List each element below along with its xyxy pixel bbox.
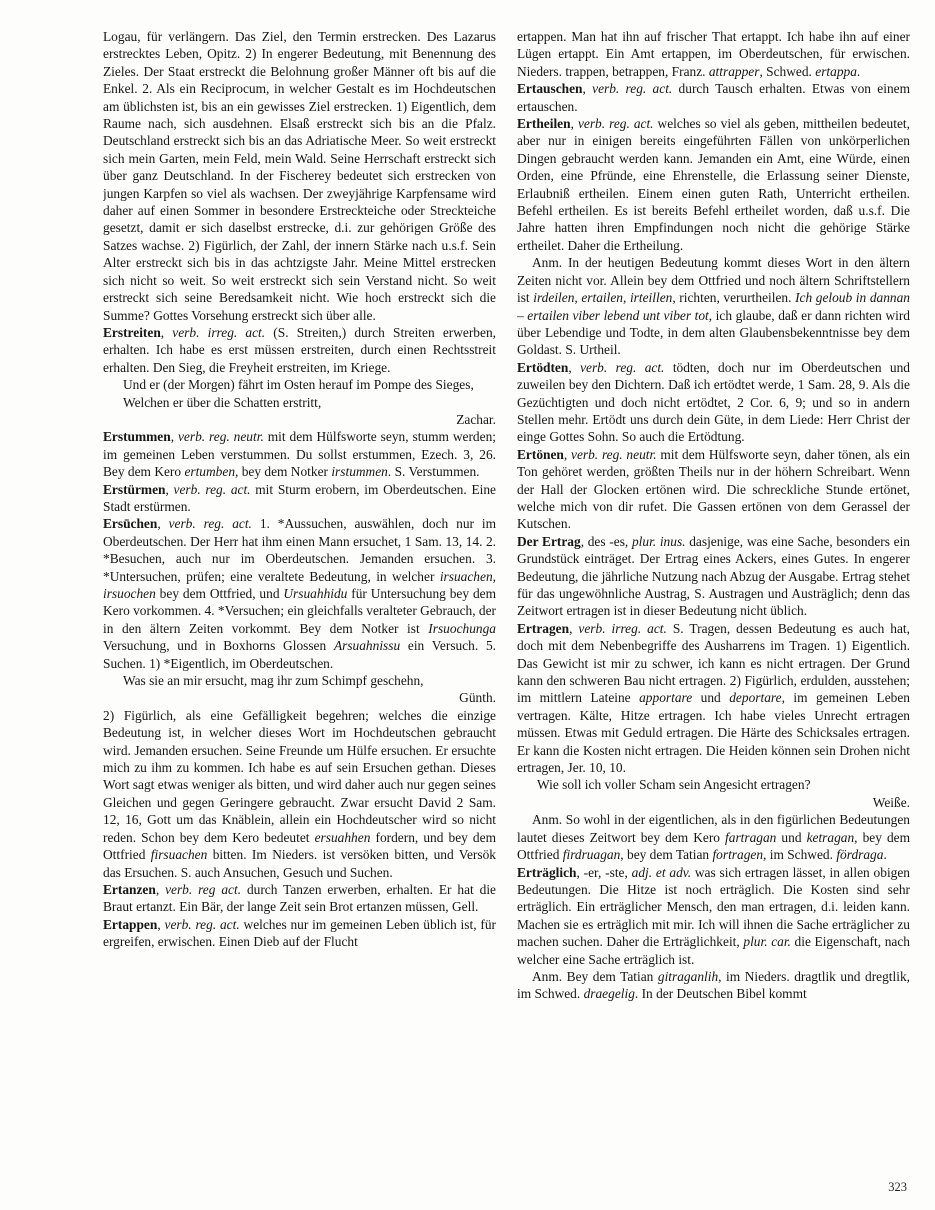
italic-term: deportare xyxy=(729,690,781,705)
text-run: Wie soll ich voller Scham sein Angesicht… xyxy=(537,777,811,792)
text-run: , xyxy=(582,81,592,96)
quote-attribution: Zachar. xyxy=(103,411,496,428)
dictionary-entry: Erstürmen, verb. reg. act. mit Sturm ero… xyxy=(103,481,496,516)
text-run: , xyxy=(165,482,173,497)
dictionary-entry: Ertödten, verb. reg. act. tödten, doch n… xyxy=(517,359,910,446)
dictionary-entry: Erstreiten, verb. irreg. act. (S. Streit… xyxy=(103,324,496,376)
italic-term: verb. reg. act. xyxy=(169,516,252,531)
entry-headword: Ersūchen xyxy=(103,516,157,531)
italic-term: adj. et adv. xyxy=(632,865,691,880)
italic-term: plur. car. xyxy=(743,934,791,949)
italic-term: firsuachen xyxy=(151,847,208,862)
text-run: Und er (der Morgen) fährt im Osten herau… xyxy=(123,377,474,392)
text-run: Weiße. xyxy=(873,795,910,810)
verse-line: Wie soll ich voller Scham sein Angesicht… xyxy=(517,776,910,793)
italic-term: irdeilen, ertailen, irteillen xyxy=(533,290,672,305)
right-column: ertappen. Man hat ihn auf frischer That … xyxy=(517,28,910,1003)
dictionary-entry: Ertheilen, verb. reg. act. welches so vi… xyxy=(517,115,910,254)
body-paragraph: ertappen. Man hat ihn auf frischer That … xyxy=(517,28,910,80)
italic-term: ketragan xyxy=(807,830,855,845)
italic-term: gitraganlih xyxy=(658,969,718,984)
text-run: . S. Verstummen. xyxy=(388,464,480,479)
entry-headword: Erträglich xyxy=(517,865,577,880)
italic-term: fortragen xyxy=(712,847,763,862)
text-run: , xyxy=(161,325,173,340)
text-run: , des -es, xyxy=(581,534,632,549)
italic-term: apportare xyxy=(639,690,692,705)
text-run: , xyxy=(569,621,578,636)
verse-line: Was sie an mir ersucht, mag ihr zum Schi… xyxy=(103,672,496,689)
italic-term: attrapper xyxy=(709,64,760,79)
text-run: Zachar. xyxy=(456,412,496,427)
entry-headword: Erstreiten xyxy=(103,325,161,340)
entry-headword: Ertanzen xyxy=(103,882,156,897)
italic-term: verb. reg act. xyxy=(165,882,241,897)
body-paragraph: Logau, für verlängern. Das Ziel, den Ter… xyxy=(103,28,496,324)
italic-term: draegelig xyxy=(584,986,635,1001)
italic-term: verb. reg. act. xyxy=(174,482,251,497)
italic-term: Arsuahnissu xyxy=(334,638,400,653)
entry-headword: Erstürmen xyxy=(103,482,165,497)
quote-attribution: Weiße. xyxy=(517,794,910,811)
italic-term: plur. inus. xyxy=(632,534,686,549)
italic-term: verb. reg. act. xyxy=(592,81,672,96)
italic-term: verb. reg. neutr. xyxy=(571,447,657,462)
remark-paragraph: Anm. Bey dem Tatian gitraganlih, im Nied… xyxy=(517,968,910,1003)
text-run: Logau, für verlängern. Das Ziel, den Ter… xyxy=(103,29,496,323)
dictionary-entry: Ertragen, verb. irreg. act. S. Tragen, d… xyxy=(517,620,910,777)
italic-term: verb. irreg. act. xyxy=(172,325,265,340)
italic-term: verb. reg. act. xyxy=(578,116,654,131)
text-run: , bey dem Tatian xyxy=(620,847,712,862)
text-run: . xyxy=(883,847,886,862)
italic-term: verb. reg. act. xyxy=(580,360,664,375)
remark-paragraph: Anm. So wohl in der eigentlichen, als in… xyxy=(517,811,910,863)
dictionary-entry: Ersūchen, verb. reg. act. 1. *Aussuchen,… xyxy=(103,515,496,672)
entry-headword: Ertönen xyxy=(517,447,564,462)
page-number: 323 xyxy=(888,1179,907,1196)
text-run: , xyxy=(156,882,165,897)
dictionary-entry: Ertauschen, verb. reg. act. durch Tausch… xyxy=(517,80,910,115)
quote-attribution: Günth. xyxy=(103,689,496,706)
text-run: und xyxy=(692,690,729,705)
entry-headword: Ertheilen xyxy=(517,116,571,131)
dictionary-entry: Ertanzen, verb. reg act. durch Tanzen er… xyxy=(103,881,496,916)
entry-headword: Ertödten xyxy=(517,360,568,375)
dictionary-entry: Erstummen, verb. reg. neutr. mit dem Hül… xyxy=(103,428,496,480)
text-run: , richten, verurtheilen. xyxy=(672,290,795,305)
text-run: , im Schwed. xyxy=(763,847,836,862)
left-column: Logau, für verlängern. Das Ziel, den Ter… xyxy=(103,28,496,1003)
dictionary-page: Logau, für verlängern. Das Ziel, den Ter… xyxy=(0,0,935,1210)
text-run: Günth. xyxy=(459,690,496,705)
text-run: und xyxy=(776,830,806,845)
entry-headword: Der Ertrag xyxy=(517,534,581,549)
text-run: , Schwed. xyxy=(759,64,815,79)
text-run: , -er, -ste, xyxy=(577,865,632,880)
entry-headword: Erstummen xyxy=(103,429,171,444)
text-run: . In der Deutschen Bibel kommt xyxy=(635,986,807,1001)
italic-term: verb. reg. act. xyxy=(165,917,240,932)
dictionary-entry: Ertönen, verb. reg. neutr. mit dem Hülfs… xyxy=(517,446,910,533)
italic-term: ertumben xyxy=(184,464,235,479)
two-column-text-block: Logau, für verlängern. Das Ziel, den Ter… xyxy=(103,28,910,1003)
dictionary-entry: Der Ertrag, des -es, plur. inus. dasjeni… xyxy=(517,533,910,620)
verse-line: Und er (der Morgen) fährt im Osten herau… xyxy=(103,376,496,393)
italic-term: fartragan xyxy=(725,830,776,845)
italic-term: fördraga xyxy=(836,847,883,862)
text-run: , xyxy=(171,429,178,444)
italic-term: Irsuochunga xyxy=(428,621,496,636)
body-paragraph: 2) Figürlich, als eine Gefälligkeit bege… xyxy=(103,707,496,881)
entry-headword: Ertauschen xyxy=(517,81,582,96)
text-run: , bey dem Notker xyxy=(235,464,331,479)
text-run: . xyxy=(857,64,860,79)
text-run: , xyxy=(568,360,580,375)
text-run: , xyxy=(564,447,571,462)
text-run: bey dem Ottfried, und xyxy=(156,586,284,601)
text-run: Was sie an mir ersucht, mag ihr zum Schi… xyxy=(123,673,424,688)
text-run: Anm. Bey dem Tatian xyxy=(532,969,658,984)
entry-headword: Ertragen xyxy=(517,621,569,636)
italic-term: verb. irreg. act. xyxy=(578,621,666,636)
italic-term: ersuahhen xyxy=(315,830,371,845)
italic-term: verb. reg. neutr. xyxy=(178,429,264,444)
text-run: , xyxy=(157,917,164,932)
text-run: Welchen er über die Schatten erstritt, xyxy=(123,395,321,410)
text-run: welches so viel als geben, mittheilen be… xyxy=(517,116,910,253)
dictionary-entry: Erträglich, -er, -ste, adj. et adv. was … xyxy=(517,864,910,968)
dictionary-entry: Ertappen, verb. reg. act. welches nur im… xyxy=(103,916,496,951)
italic-term: Ursuahhidu xyxy=(283,586,347,601)
text-run: , xyxy=(157,516,168,531)
italic-term: irstummen xyxy=(331,464,388,479)
remark-paragraph: Anm. In der heutigen Bedeutung kommt die… xyxy=(517,254,910,358)
verse-line: Welchen er über die Schatten erstritt, xyxy=(103,394,496,411)
text-run: , xyxy=(571,116,578,131)
entry-headword: Ertappen xyxy=(103,917,157,932)
italic-term: firdruagan xyxy=(563,847,621,862)
text-run: Versuchung, und in Boxhorns Glossen xyxy=(103,638,334,653)
text-run: 2) Figürlich, als eine Gefälligkeit bege… xyxy=(103,708,496,845)
italic-term: ertappa xyxy=(815,64,857,79)
